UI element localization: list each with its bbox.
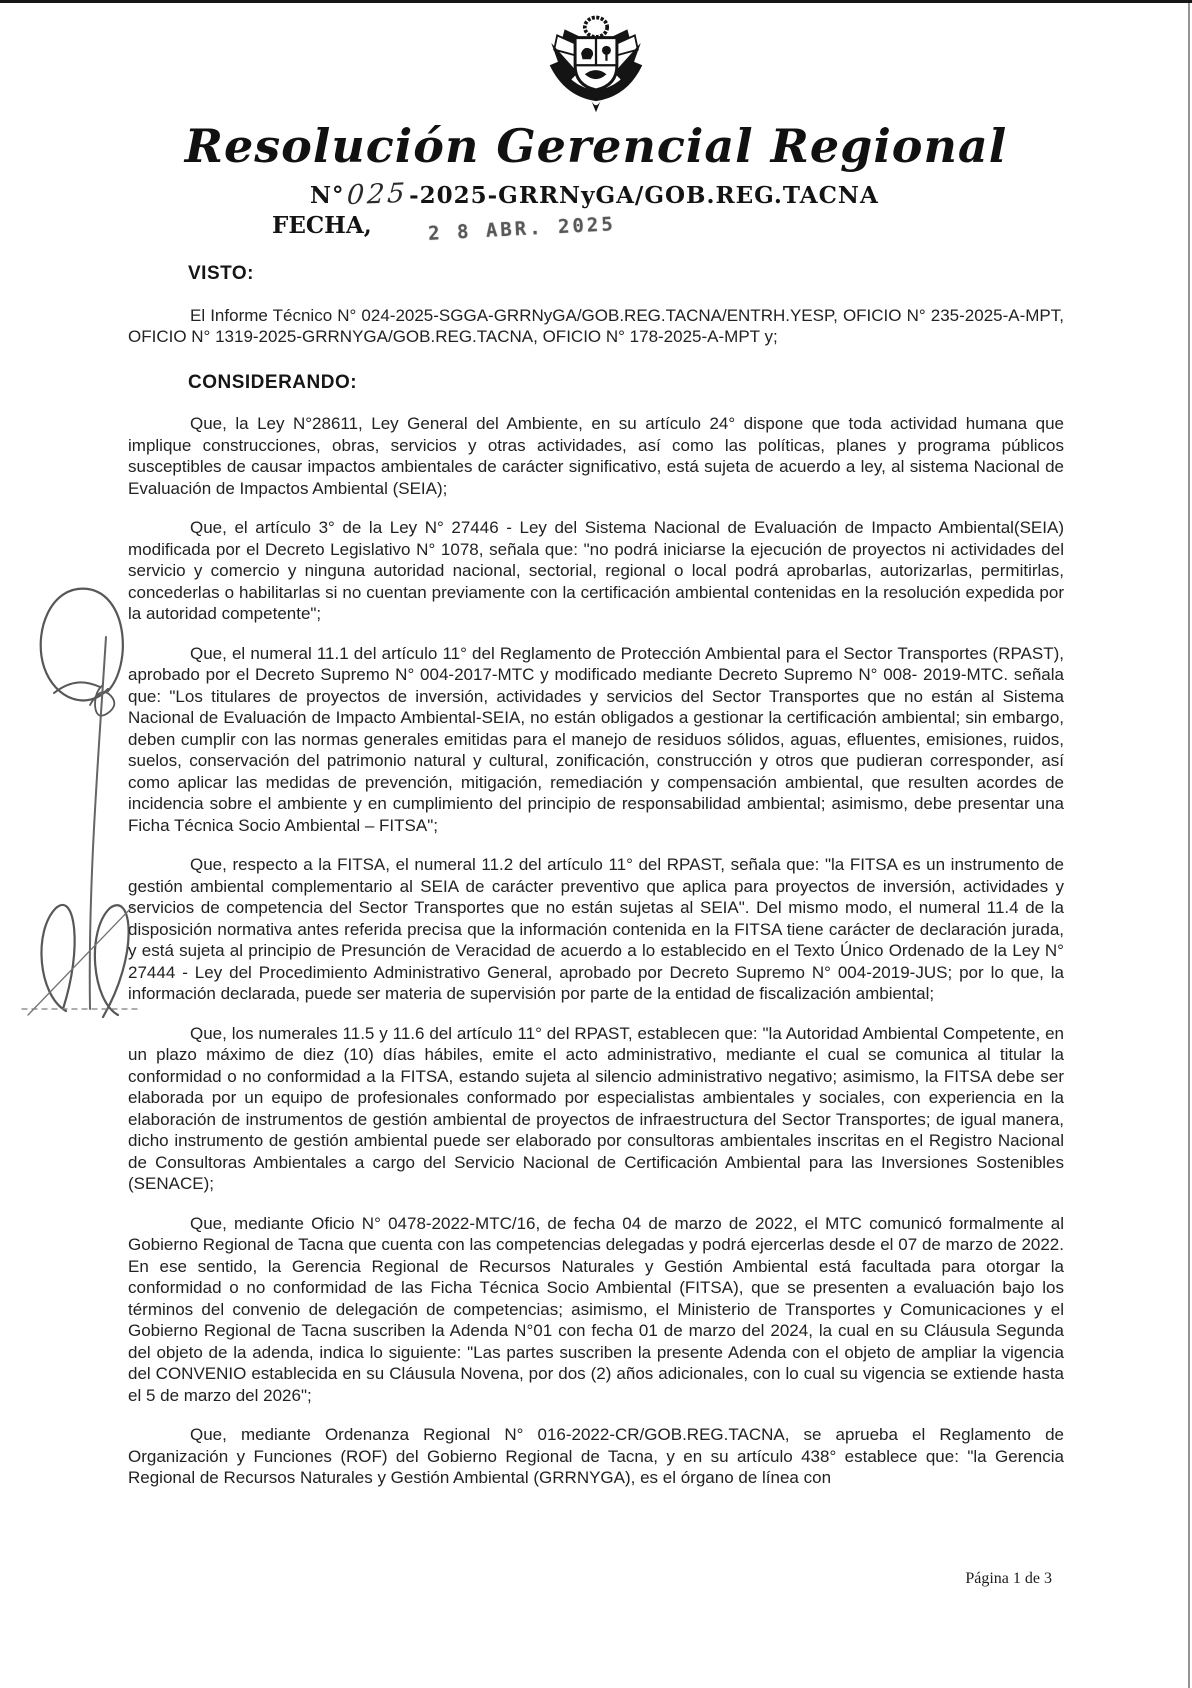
resolution-number-prefix: N°: [310, 182, 345, 209]
considerando-paragraph-2: Que, el artículo 3° de la Ley N° 27446 -…: [128, 517, 1064, 625]
considerando-paragraph-7: Que, mediante Ordenanza Regional N° 016-…: [128, 1424, 1064, 1489]
considerando-paragraph-3: Que, el numeral 11.1 del artículo 11° de…: [128, 643, 1064, 837]
date-stamp: 2 8 ABR. 2025: [427, 213, 616, 245]
considerando-heading: CONSIDERANDO:: [188, 372, 1064, 394]
visto-paragraph: El Informe Técnico N° 024-2025-SGGA-GRRN…: [128, 305, 1064, 348]
date-label: FECHA,: [272, 212, 372, 239]
date-line: FECHA, 2 8 ABR. 2025: [272, 212, 1192, 239]
handwritten-resolution-number: 025: [345, 178, 408, 211]
visto-heading: VISTO:: [188, 263, 1064, 285]
document-header: Resolución Gerencial Regional N°025-2025…: [0, 3, 1192, 239]
document-title: Resolución Gerencial Regional: [0, 119, 1192, 173]
resolution-number-suffix: -2025-GRRNyGA/GOB.REG.TACNA: [409, 182, 879, 209]
page-indicator: Página 1 de 3: [965, 1570, 1052, 1587]
considerando-paragraph-6: Que, mediante Oficio N° 0478-2022-MTC/16…: [128, 1213, 1064, 1407]
considerando-paragraph-4: Que, respecto a la FITSA, el numeral 11.…: [128, 854, 1064, 1005]
resolution-number: N°025-2025-GRRNyGA/GOB.REG.TACNA: [310, 179, 1192, 210]
document-body: VISTO: El Informe Técnico N° 024-2025-SG…: [0, 263, 1192, 1489]
peru-coat-of-arms-icon: [521, 13, 671, 125]
considerando-paragraph-5: Que, los numerales 11.5 y 11.6 del artíc…: [128, 1023, 1064, 1195]
considerando-paragraph-1: Que, la Ley N°28611, Ley General del Amb…: [128, 413, 1064, 499]
page-footer: Página 1 de 3: [965, 1570, 1052, 1588]
resolution-document-page: Resolución Gerencial Regional N°025-2025…: [0, 0, 1192, 1688]
scan-edge-artifact: [1188, 3, 1190, 1688]
